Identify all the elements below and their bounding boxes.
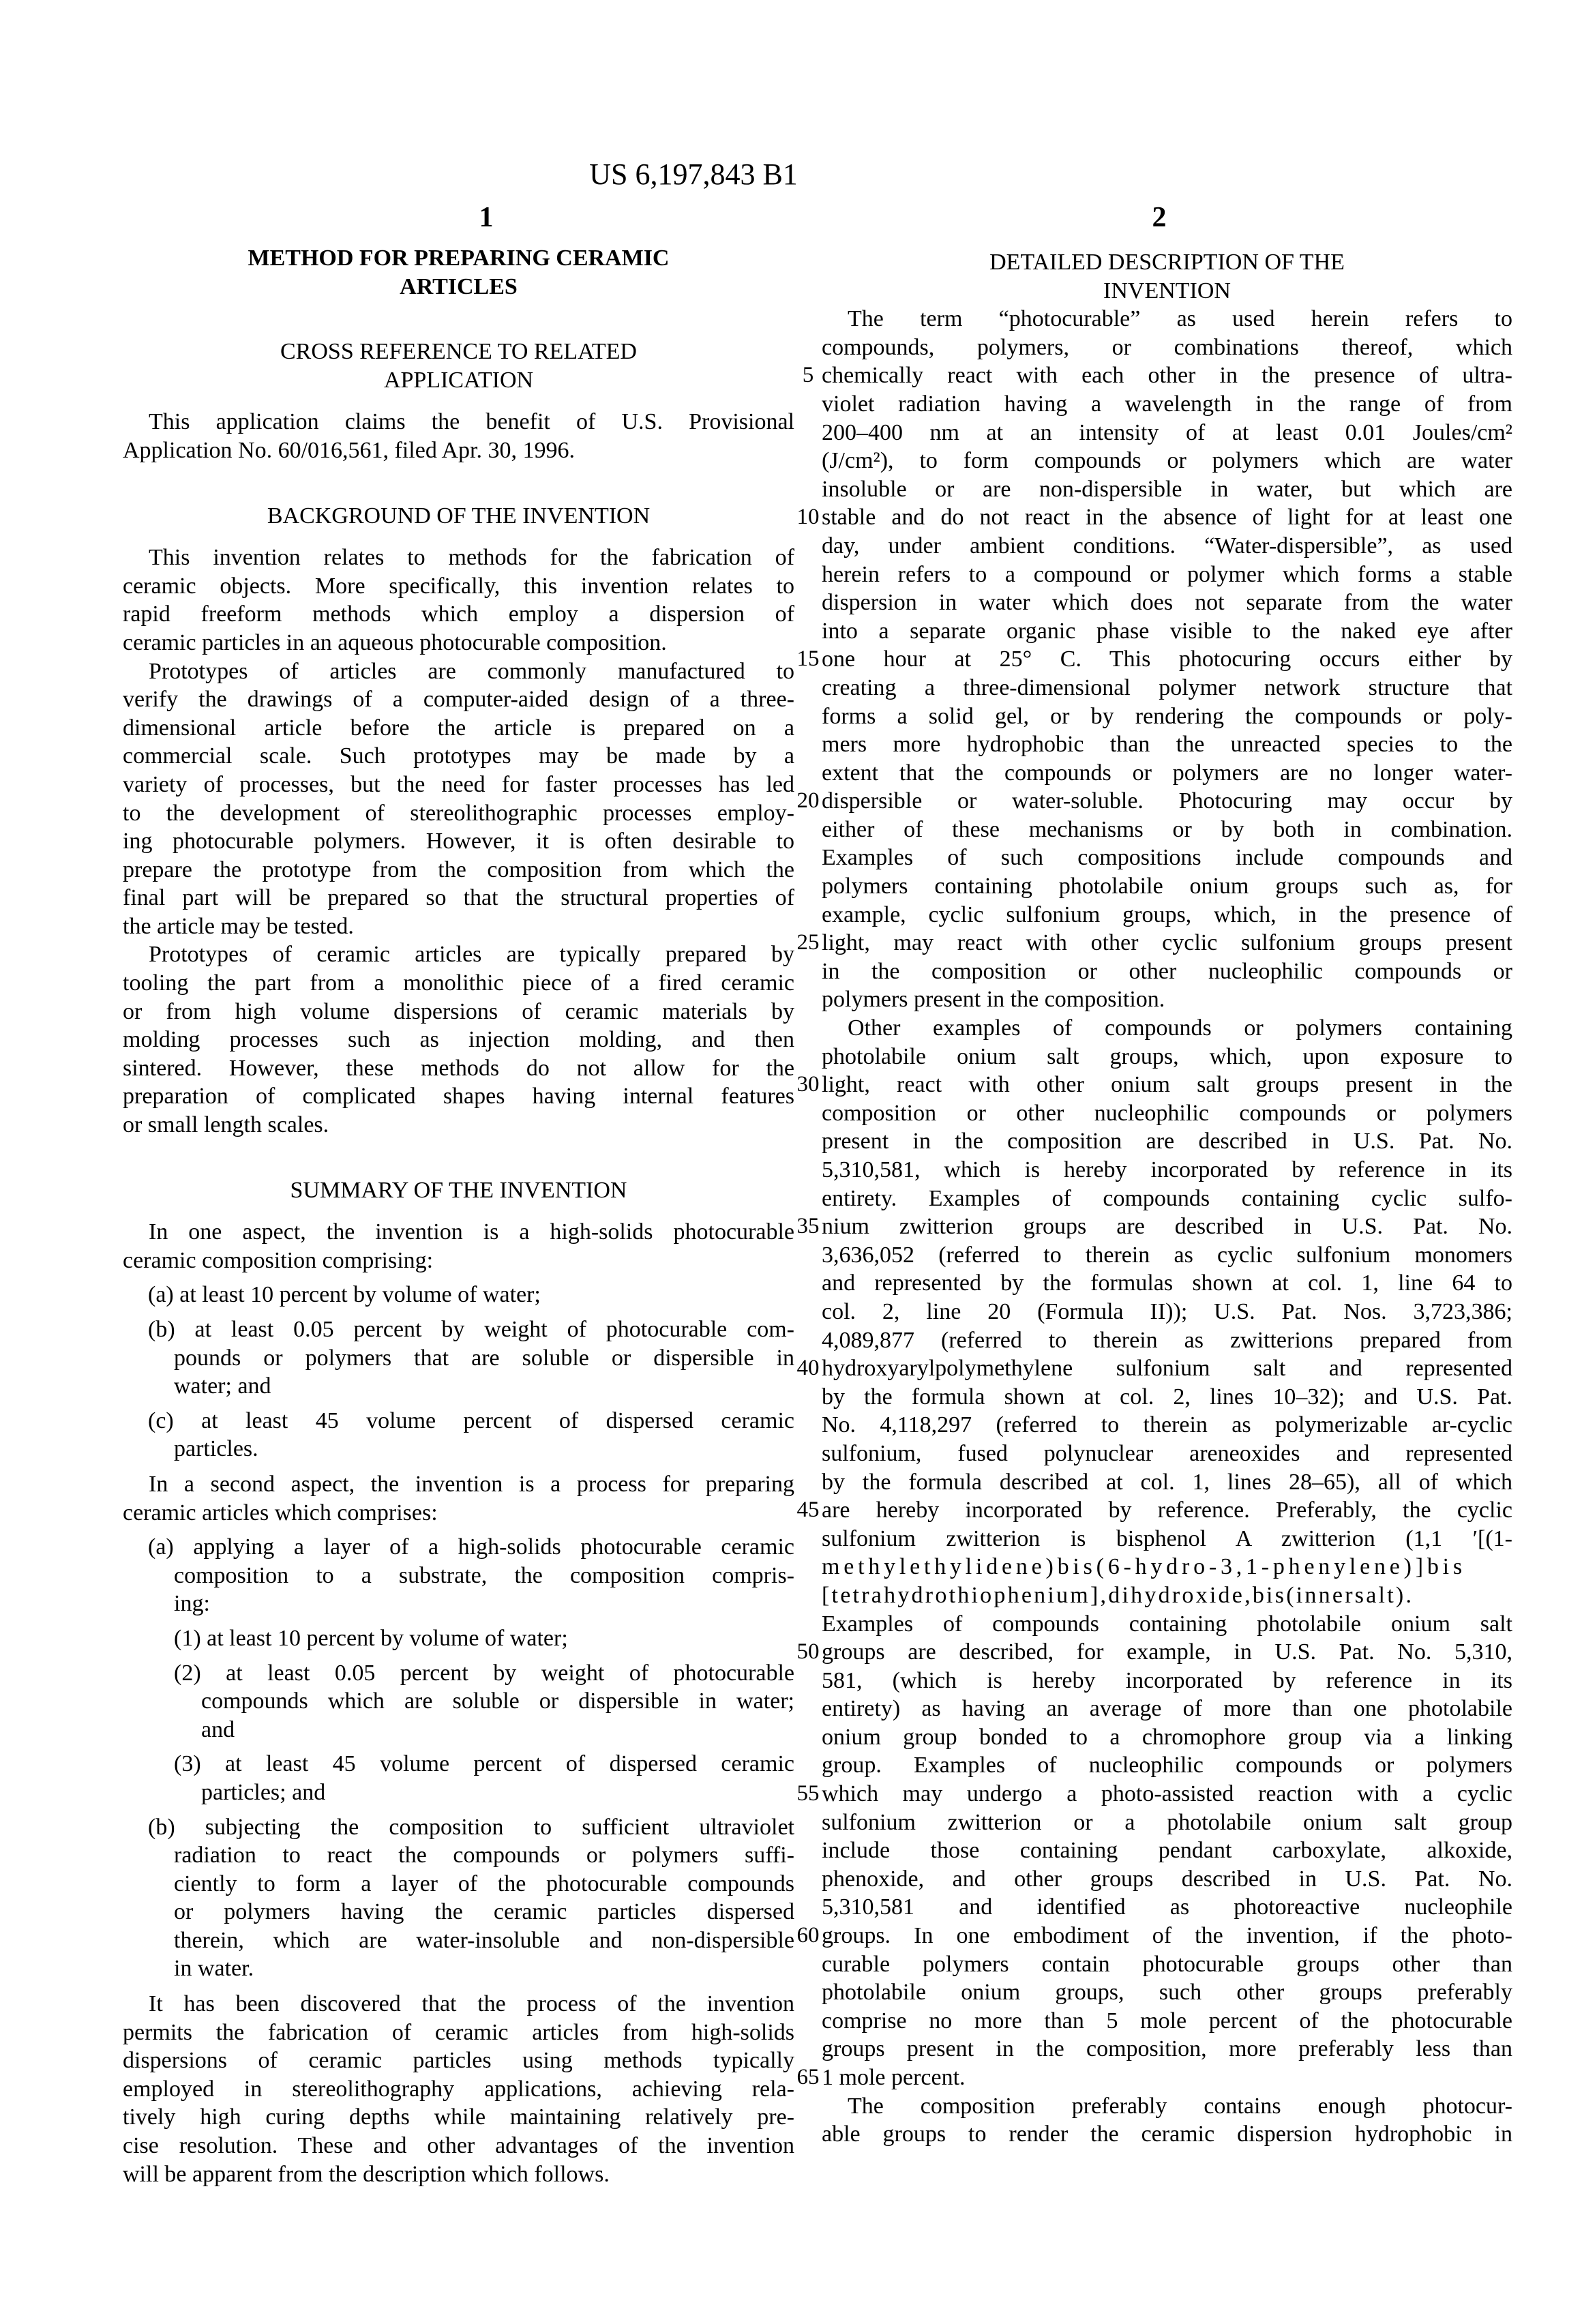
gutter-line-number: 40 (784, 1354, 832, 1383)
text-line: therein, which are water-insoluble and n… (123, 1926, 794, 1955)
text-line: No. 4,118,297 (referred to therein as po… (822, 1411, 1512, 1440)
section-heading: SUMMARY OF THE INVENTION (123, 1176, 794, 1205)
list-item-level1: (b) subjecting the composition to suffic… (123, 1813, 794, 1984)
text-line: Prototypes of ceramic articles are typic… (123, 940, 794, 969)
paragraph: Other examples of compounds or polymers … (822, 1014, 1512, 2092)
list-item-level1: (b) at least 0.05 percent by weight of p… (123, 1315, 794, 1401)
paragraph: Prototypes of ceramic articles are typic… (123, 940, 794, 1139)
text-line: curable polymers contain photocurable gr… (822, 1950, 1512, 1979)
text-line: hydroxyarylpolymethylene sulfonium salt … (822, 1354, 1512, 1383)
list-item-level2: (1) at least 10 percent by volume of wat… (123, 1624, 794, 1653)
column-2-text: DETAILED DESCRIPTION OF THEINVENTIONThe … (822, 248, 1512, 2149)
text-line: 200–400 nm at an intensity of at least 0… (822, 419, 1512, 447)
text-line: CROSS REFERENCE TO RELATED (123, 338, 794, 366)
gutter-line-number: 55 (784, 1780, 832, 1808)
text-line: entirety) as having an average of more t… (822, 1695, 1512, 1723)
text-line: insoluble or are non-dispersible in wate… (822, 475, 1512, 504)
text-line: 3,636,052 (referred to therein as cyclic… (822, 1241, 1512, 1270)
text-line: (c) at least 45 volume percent of disper… (123, 1407, 794, 1435)
text-line: particles; and (123, 1778, 794, 1807)
text-line: This invention relates to methods for th… (123, 543, 794, 572)
text-line: light, react with other onium salt group… (822, 1071, 1512, 1099)
gutter-line-number: 15 (784, 645, 832, 674)
text-line: 4,089,877 (referred to therein as zwitte… (822, 1326, 1512, 1355)
text-line: SUMMARY OF THE INVENTION (123, 1176, 794, 1205)
text-line: The composition preferably contains enou… (822, 2092, 1512, 2121)
text-line: dispersion in water which does not separ… (822, 589, 1512, 617)
text-line: Prototypes of articles are commonly manu… (123, 657, 794, 686)
text-line: In one aspect, the invention is a high-s… (123, 1218, 794, 1247)
gutter-line-number: 20 (784, 787, 832, 816)
text-line: In a second aspect, the invention is a p… (123, 1470, 794, 1499)
patent-page: US 6,197,843 B1 1 2 METHOD FOR PREPARING… (0, 0, 1582, 2324)
paragraph: Prototypes of articles are commonly manu… (123, 657, 794, 941)
column-number-2: 2 (1118, 203, 1200, 232)
text-line: 5,310,581 and identified as photoreactiv… (822, 1893, 1512, 1922)
paragraph: This application claims the benefit of U… (123, 408, 794, 464)
text-line: are hereby incorporated by reference. Pr… (822, 1496, 1512, 1525)
paragraph: It has been discovered that the process … (123, 1990, 794, 2188)
column-1-text: METHOD FOR PREPARING CERAMICARTICLESCROS… (123, 244, 794, 2188)
text-line: day, under ambient conditions. “Water-di… (822, 532, 1512, 561)
text-line: compounds, polymers, or combinations the… (822, 333, 1512, 362)
text-line: 581, (which is hereby incorporated by re… (822, 1667, 1512, 1695)
text-line: ing: (123, 1590, 794, 1618)
gutter-line-number: 45 (784, 1496, 832, 1525)
text-line: creating a three-dimensional polymer net… (822, 674, 1512, 702)
text-line: by the formula shown at col. 2, lines 10… (822, 1383, 1512, 1412)
text-line: ceramic articles which comprises: (123, 1499, 794, 1528)
text-line: (1) at least 10 percent by volume of wat… (123, 1624, 794, 1653)
gutter-line-number: 25 (784, 929, 832, 957)
text-line: water; and (123, 1372, 794, 1401)
text-line: phenoxide, and other groups described in… (822, 1865, 1512, 1894)
text-line: chemically react with each other in the … (822, 361, 1512, 390)
paragraph: The term “photocurable” as used herein r… (822, 305, 1512, 1014)
text-line: final part will be prepared so that the … (123, 884, 794, 912)
section-heading: CROSS REFERENCE TO RELATEDAPPLICATION (123, 338, 794, 394)
gutter-line-number: 65 (784, 2064, 832, 2092)
gutter-line-number: 35 (784, 1212, 832, 1241)
text-line: APPLICATION (123, 366, 794, 395)
list-item-level1: (c) at least 45 volume percent of disper… (123, 1407, 794, 1463)
text-line: ceramic objects. More specifically, this… (123, 572, 794, 601)
text-line: (3) at least 45 volume percent of disper… (123, 1750, 794, 1778)
text-line: will be apparent from the description wh… (123, 2160, 794, 2189)
text-line: ciently to form a layer of the photocura… (123, 1870, 794, 1898)
text-line: by the formula described at col. 1, line… (822, 1468, 1512, 1497)
text-line: col. 2, line 20 (Formula II)); U.S. Pat.… (822, 1298, 1512, 1326)
text-line: dispersions of ceramic particles using m… (123, 2046, 794, 2075)
text-line: sintered. However, these methods do not … (123, 1054, 794, 1083)
text-line: include those containing pendant carboxy… (822, 1836, 1512, 1865)
text-line: prepare the prototype from the compositi… (123, 856, 794, 884)
text-line: either of these mechanisms or by both in… (822, 816, 1512, 844)
text-line: DETAILED DESCRIPTION OF THE (822, 248, 1512, 277)
text-line: extent that the compounds or polymers ar… (822, 759, 1512, 788)
text-line: polymers containing photolabile onium gr… (822, 872, 1512, 901)
text-line: mers more hydrophobic than the unreacted… (822, 730, 1512, 759)
text-line: comprise no more than 5 mole percent of … (822, 2007, 1512, 2036)
text-line: sulfonium zwitterion is bisphenol A zwit… (822, 1525, 1512, 1553)
text-line: verify the drawings of a computer-aided … (123, 685, 794, 714)
text-line: photolabile onium salt groups, which, up… (822, 1043, 1512, 1071)
text-line: tooling the part from a monolithic piece… (123, 969, 794, 998)
text-line: (b) subjecting the composition to suffic… (123, 1813, 794, 1842)
text-line: employed in stereolithography applicatio… (123, 2075, 794, 2104)
text-line: particles. (123, 1435, 794, 1463)
text-line: photolabile onium groups, such other gro… (822, 1978, 1512, 2007)
text-line: INVENTION (822, 277, 1512, 306)
text-line: rapid freeform methods which employ a di… (123, 600, 794, 629)
text-line: nium zwitterion groups are described in … (822, 1212, 1512, 1241)
text-line: (2) at least 0.05 percent by weight of p… (123, 1659, 794, 1688)
text-line: cise resolution. These and other advanta… (123, 2132, 794, 2160)
text-line: ing photocurable polymers. However, it i… (123, 827, 794, 856)
column-number-1: 1 (445, 203, 527, 232)
text-line: radiation to react the compounds or poly… (123, 1841, 794, 1870)
gutter-line-number: 30 (784, 1071, 832, 1099)
text-line: sulfonium, fused polynuclear areneoxides… (822, 1440, 1512, 1468)
list-item-level1: (a) applying a layer of a high-solids ph… (123, 1533, 794, 1618)
text-line: composition to a substrate, the composit… (123, 1562, 794, 1590)
gutter-line-number: 60 (784, 1922, 832, 1950)
gutter-line-number: 50 (784, 1638, 832, 1667)
text-line: into a separate organic phase visible to… (822, 617, 1512, 646)
list-item-level2: (2) at least 0.05 percent by weight of p… (123, 1659, 794, 1744)
text-line: Examples of compounds containing photola… (822, 1610, 1512, 1639)
text-line: Application No. 60/016,561, filed Apr. 3… (123, 436, 794, 465)
text-line: which may undergo a photo-assisted react… (822, 1780, 1512, 1808)
text-line: present in the composition are described… (822, 1127, 1512, 1156)
text-line: group. Examples of nucleophilic compound… (822, 1751, 1512, 1780)
text-line: to the development of stereolithographic… (123, 799, 794, 828)
paragraph: This invention relates to methods for th… (123, 543, 794, 657)
text-line: entirety. Examples of compounds containi… (822, 1185, 1512, 1213)
text-line: This application claims the benefit of U… (123, 408, 794, 436)
text-line: variety of processes, but the need for f… (123, 771, 794, 799)
text-line: molding processes such as injection mold… (123, 1026, 794, 1054)
text-line: forms a solid gel, or by rendering the c… (822, 702, 1512, 731)
text-line: (a) at least 10 percent by volume of wat… (123, 1281, 794, 1309)
paragraph: The composition preferably contains enou… (822, 2092, 1512, 2149)
text-line: groups. In one embodiment of the inventi… (822, 1922, 1512, 1950)
text-line: and (123, 1716, 794, 1744)
text-line: compounds which are soluble or dispersib… (123, 1687, 794, 1716)
text-line: The term “photocurable” as used herein r… (822, 305, 1512, 333)
list-item-level2: (3) at least 45 volume percent of disper… (123, 1750, 794, 1806)
text-line: groups are described, for example, in U.… (822, 1638, 1512, 1667)
text-line: (b) at least 0.05 percent by weight of p… (123, 1315, 794, 1344)
text-line: groups present in the composition, more … (822, 2035, 1512, 2064)
text-line: or small length scales. (123, 1111, 794, 1139)
text-line: or from high volume dispersions of ceram… (123, 998, 794, 1026)
text-line: (J/cm²), to form compounds or polymers w… (822, 447, 1512, 475)
text-line: sulfonium zwitterion or a photolabile on… (822, 1808, 1512, 1837)
text-line: ceramic particles in an aqueous photocur… (123, 629, 794, 657)
text-line: tively high curing depths while maintain… (123, 2103, 794, 2132)
text-line: Examples of such compositions include co… (822, 844, 1512, 872)
text-line: commercial scale. Such prototypes may be… (123, 742, 794, 771)
text-line: or polymers having the ceramic particles… (123, 1898, 794, 1926)
text-line: It has been discovered that the process … (123, 1990, 794, 2018)
gutter-line-number: 10 (784, 503, 832, 532)
gutter-line-number: 5 (784, 361, 832, 390)
text-line: polymers present in the composition. (822, 985, 1512, 1014)
text-line: 1 mole percent. (822, 2064, 1512, 2092)
text-line: 5,310,581, which is hereby incorporated … (822, 1156, 1512, 1185)
text-line: Other examples of compounds or polymers … (822, 1014, 1512, 1043)
text-line: example, cyclic sulfonium groups, which,… (822, 901, 1512, 929)
text-line: in the composition or other nucleophilic… (822, 957, 1512, 986)
text-line: herein refers to a compound or polymer w… (822, 561, 1512, 589)
text-line: BACKGROUND OF THE INVENTION (123, 502, 794, 531)
section-heading: BACKGROUND OF THE INVENTION (123, 502, 794, 531)
text-line: able groups to render the ceramic disper… (822, 2120, 1512, 2149)
paragraph: In one aspect, the invention is a high-s… (123, 1218, 794, 1275)
text-line: METHOD FOR PREPARING CERAMIC (123, 244, 794, 273)
patent-header-number: US 6,197,843 B1 (589, 160, 798, 190)
list-item-level1: (a) at least 10 percent by volume of wat… (123, 1281, 794, 1309)
text-line: onium group bonded to a chromophore grou… (822, 1723, 1512, 1752)
text-line: in water. (123, 1954, 794, 1983)
text-line: dimensional article before the article i… (123, 714, 794, 743)
text-line: the article may be tested. (123, 912, 794, 941)
text-line: methylethylidene)bis(6-hydro-3,1-phenyle… (822, 1553, 1512, 1581)
text-line: stable and do not react in the absence o… (822, 503, 1512, 532)
text-line: [tetrahydrothiophenium],dihydroxide,bis(… (822, 1581, 1512, 1610)
text-line: one hour at 25° C. This photocuring occu… (822, 645, 1512, 674)
text-line: light, may react with other cyclic sulfo… (822, 929, 1512, 957)
text-line: violet radiation having a wavelength in … (822, 390, 1512, 419)
text-line: (a) applying a layer of a high-solids ph… (123, 1533, 794, 1562)
text-line: composition or other nucleophilic compou… (822, 1099, 1512, 1128)
invention-title: METHOD FOR PREPARING CERAMICARTICLES (123, 244, 794, 301)
text-line: ARTICLES (123, 273, 794, 301)
text-line: dispersible or water-soluble. Photocurin… (822, 787, 1512, 816)
text-line: preparation of complicated shapes having… (123, 1082, 794, 1111)
text-line: pounds or polymers that are soluble or d… (123, 1344, 794, 1373)
text-line: and represented by the formulas shown at… (822, 1269, 1512, 1298)
section-heading: DETAILED DESCRIPTION OF THEINVENTION (822, 248, 1512, 305)
text-line: ceramic composition comprising: (123, 1247, 794, 1275)
text-line: permits the fabrication of ceramic artic… (123, 2018, 794, 2047)
paragraph: In a second aspect, the invention is a p… (123, 1470, 794, 1527)
